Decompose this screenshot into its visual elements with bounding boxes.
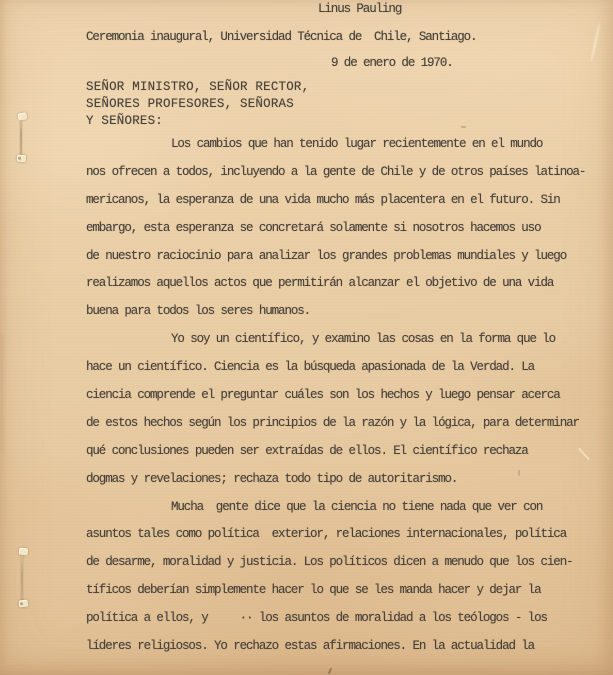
body-line: Mucha gente dice que la ciencia no tiene… — [86, 494, 606, 522]
date-line: 9 de enero de 1970. — [331, 56, 453, 70]
salutation-block: SEÑOR MINISTRO, SEÑOR RECTOR, SEÑORES PR… — [86, 79, 309, 130]
salutation-line: Y SEÑORES: — [86, 113, 309, 130]
edge-smudge — [0, 334, 4, 454]
body-line: qué conclusiones pueden ser extraídas de… — [86, 438, 606, 466]
scanned-document-page: Linus Pauling Ceremonia inaugural, Unive… — [0, 0, 613, 675]
staple-wire — [20, 117, 22, 158]
staple-mark — [18, 548, 30, 608]
body-line: Yo soy un científico, y examino las cosa… — [86, 326, 606, 354]
paper-scratch — [590, 22, 601, 62]
author-line: Linus Pauling — [318, 2, 401, 16]
body-line: de estos hechos según los principios de … — [86, 410, 606, 438]
cutoff-text-mark — [328, 668, 332, 674]
salutation-line: SEÑOR MINISTRO, SEÑOR RECTOR, — [86, 79, 309, 96]
document-body: Los cambios que han tenido lugar recient… — [86, 131, 606, 661]
body-line: ciencia comprende el preguntar cuáles so… — [86, 382, 606, 410]
staple-wire — [21, 552, 23, 603]
body-line: política a ellos, y ·· los asuntos de mo… — [86, 605, 606, 633]
staple-end — [19, 548, 29, 556]
salutation-line: SEÑORES PROFESORES, SEÑORAS — [86, 96, 309, 113]
staple-end — [19, 599, 29, 607]
body-line: de desarme, moralidad y justicia. Los po… — [86, 549, 606, 577]
scan-speck — [461, 126, 466, 128]
body-line: dogmas y revelaciones; rechaza todo tipo… — [86, 466, 606, 494]
staple-end — [18, 112, 28, 120]
body-line: hace un científico. Ciencia es la búsque… — [86, 354, 606, 382]
body-line: de nuestro raciocinio para analizar los … — [86, 243, 606, 271]
staple-end — [17, 155, 27, 163]
staple-mark — [17, 113, 29, 163]
body-line: tíficos deberían simplemente hacer lo qu… — [86, 577, 606, 605]
body-line: realizamos aquellos actos que permitirán… — [86, 270, 606, 298]
body-line: embargo, esta esperanza se concretará so… — [86, 215, 606, 243]
body-line: mericanos, la esperanza de una vida much… — [86, 187, 606, 215]
event-line: Ceremonia inaugural, Universidad Técnica… — [86, 30, 476, 44]
body-line: nos ofrecen a todos, incluyendo a la gen… — [86, 159, 606, 187]
body-line: líderes religiosos. Yo rechazo estas afi… — [86, 633, 606, 661]
body-line: Los cambios que han tenido lugar recient… — [86, 131, 606, 159]
body-line: buena para todos los seres humanos. — [86, 298, 606, 326]
body-line: asuntos tales como política exterior, re… — [86, 521, 606, 549]
